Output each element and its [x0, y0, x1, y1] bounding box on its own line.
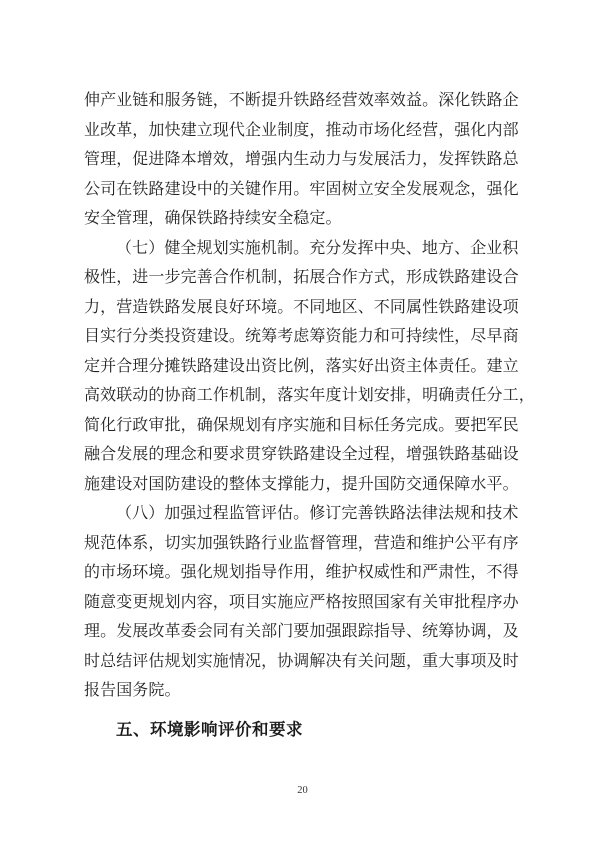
document-page: 伸产业链和服务链，不断提升铁路经营效率效益。深化铁路企业改革，加快建立现代企业制… [0, 0, 600, 848]
text-line: 目实行分类投资建设。统筹考虑筹资能力和可持续性，尽早商 [84, 322, 520, 352]
text-line: 定并合理分摊铁路建设出资比例，落实好出资主体责任。建立 [84, 352, 520, 382]
text-line: 安全管理，确保铁路持续安全稳定。 [84, 204, 520, 234]
paragraphs-container: 伸产业链和服务链，不断提升铁路经营效率效益。深化铁路企业改革，加快建立现代企业制… [84, 86, 520, 706]
text-line: 高效联动的协商工作机制，落实年度计划安排，明确责任分工， [84, 381, 520, 411]
text-line: 简化行政审批，确保规划有序实施和目标任务完成。要把军民 [84, 411, 520, 441]
para-item-7: （七）健全规划实施机制。充分发挥中央、地方、企业积极性，进一步完善合作机制，拓展… [84, 234, 520, 500]
text-line: 理。发展改革委会同有关部门要加强跟踪指导、统筹协调，及 [84, 617, 520, 647]
page-number: 20 [0, 785, 600, 796]
text-line: 施建设对国防建设的整体支撑能力，提升国防交通保障水平。 [84, 470, 520, 500]
text-line: 业改革，加快建立现代企业制度，推动市场化经营，强化内部 [84, 116, 520, 146]
text-line: 伸产业链和服务链，不断提升铁路经营效率效益。深化铁路企 [84, 86, 520, 116]
text-line: 时总结评估规划实施情况，协调解决有关问题，重大事项及时 [84, 647, 520, 677]
text-line: 极性，进一步完善合作机制，拓展合作方式，形成铁路建设合 [84, 263, 520, 293]
para-item-8: （八）加强过程监管评估。修订完善铁路法律法规和技术规范体系，切实加强铁路行业监督… [84, 499, 520, 706]
text-line: 力，营造铁路发展良好环境。不同地区、不同属性铁路建设项 [84, 293, 520, 323]
text-line: （七）健全规划实施机制。充分发挥中央、地方、企业积 [84, 234, 520, 264]
text-line: 的市场环境。强化规划指导作用，维护权威性和严肃性，不得 [84, 558, 520, 588]
text-line: 管理，促进降本增效，增强内生动力与发展活力，发挥铁路总 [84, 145, 520, 175]
text-line: 融合发展的理念和要求贯穿铁路建设全过程，增强铁路基础设 [84, 440, 520, 470]
text-line: 规范体系，切实加强铁路行业监督管理，营造和维护公平有序 [84, 529, 520, 559]
para-continuation: 伸产业链和服务链，不断提升铁路经营效率效益。深化铁路企业改革，加快建立现代企业制… [84, 86, 520, 234]
section-heading: 五、环境影响评价和要求 [84, 716, 520, 746]
text-line: 报告国务院。 [84, 676, 520, 706]
text-line: 公司在铁路建设中的关键作用。牢固树立安全发展观念，强化 [84, 175, 520, 205]
document-body: 伸产业链和服务链，不断提升铁路经营效率效益。深化铁路企业改革，加快建立现代企业制… [84, 86, 520, 745]
text-line: 随意变更规划内容，项目实施应严格按照国家有关审批程序办 [84, 588, 520, 618]
text-line: （八）加强过程监管评估。修订完善铁路法律法规和技术 [84, 499, 520, 529]
